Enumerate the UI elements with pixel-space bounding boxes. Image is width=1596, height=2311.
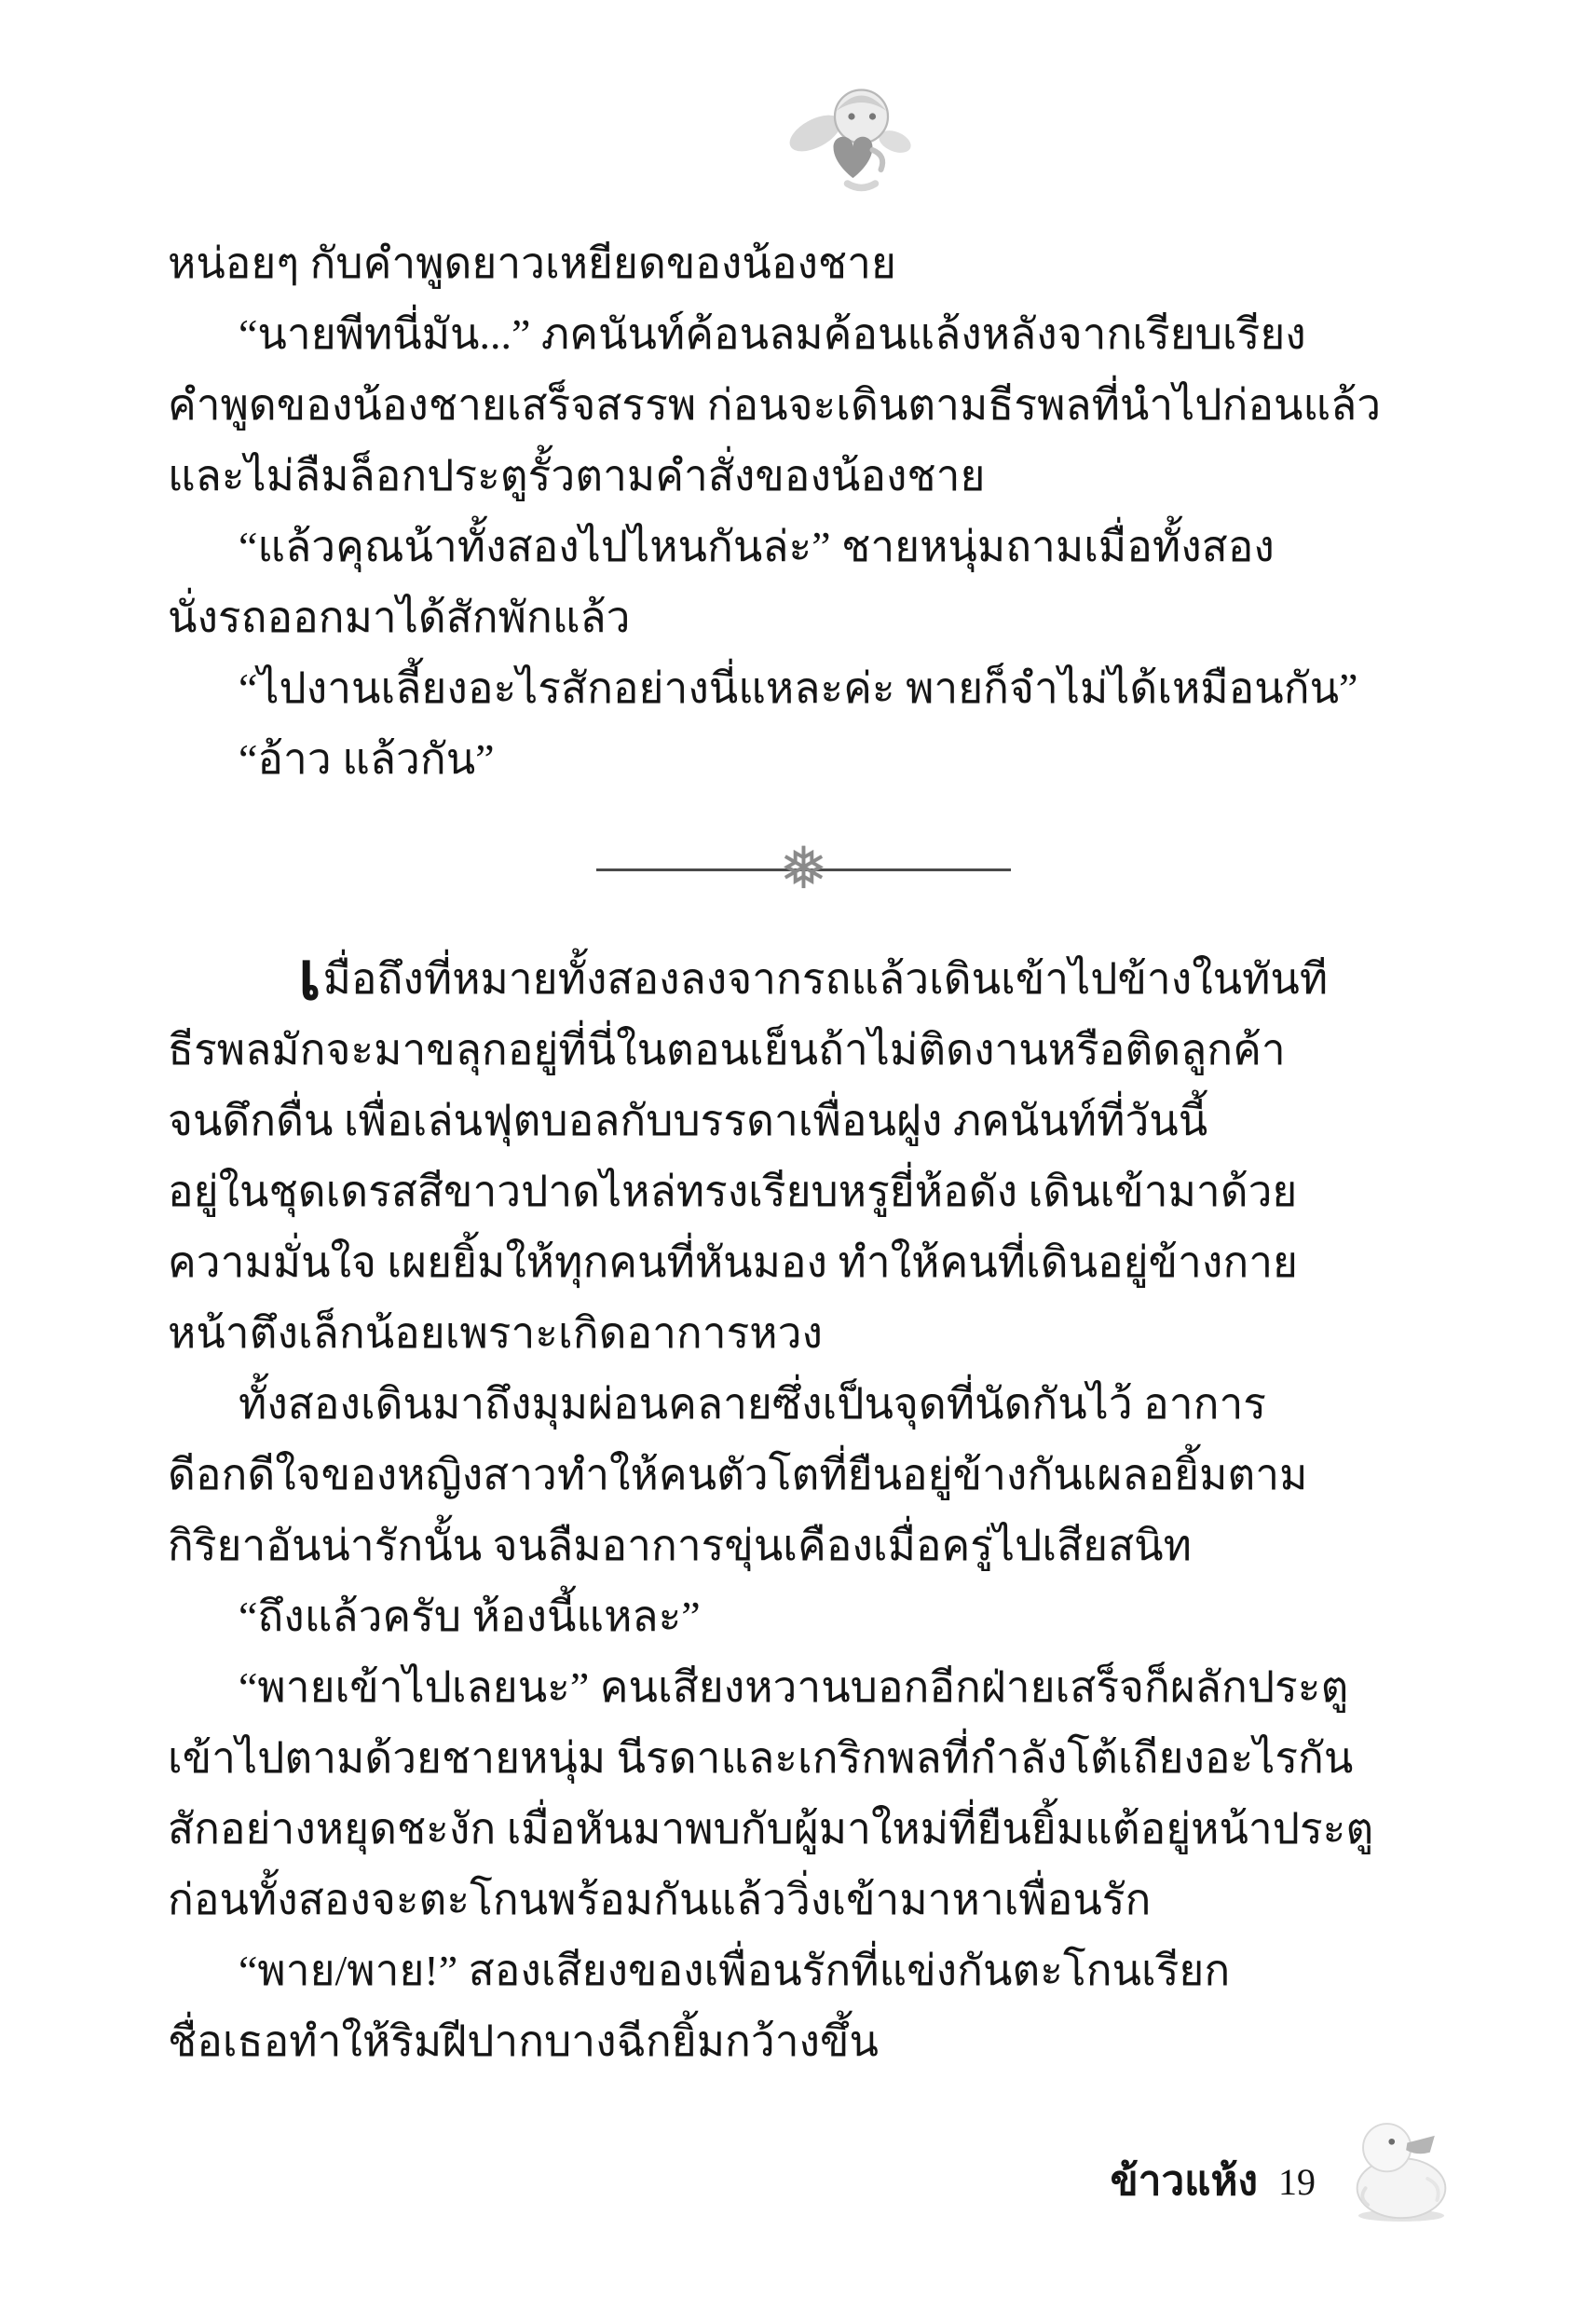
- body-text: หน่อยๆ กับคำพูดยาวเหยียดของน้องชาย “นายพ…: [168, 228, 1439, 2077]
- divider-line: ❅: [596, 868, 1011, 871]
- text-line: กิริยาอันน่ารักนั้น จนลืมอาการขุ่นเคืองเ…: [168, 1511, 1439, 1581]
- text-line: จนดึกดื่น เพื่อเล่นฟุตบอลกับบรรดาเพื่อนฝ…: [168, 1086, 1439, 1156]
- text-line: อยู่ในชุดเดรสสีขาวปาดไหล่ทรงเรียบหรูยี่ห…: [168, 1156, 1439, 1227]
- text-line-rest: มื่อถึงที่หมายทั้งสองลงจากรถแล้วเดินเข้า…: [323, 955, 1329, 1003]
- text-line: ธีรพลมักจะมาขลุกอยู่ที่นี่ในตอนเย็นถ้าไม…: [168, 1015, 1439, 1086]
- cherub-heart-icon: [778, 75, 922, 200]
- text-line: ความมั่นใจ เผยยิ้มให้ทุกคนที่หันมอง ทำให…: [168, 1227, 1439, 1298]
- section-dropcap: เ: [298, 939, 321, 1014]
- text-line: คำพูดของน้องชายเสร็จสรรพ ก่อนจะเดินตามธี…: [168, 370, 1439, 441]
- text-line: หน้าตึงเล็กน้อยเพราะเกิดอาการหวง: [168, 1298, 1439, 1369]
- text-line: และไม่ลืมล็อกประตูรั้วตามคำสั่งของน้องชา…: [168, 441, 1439, 512]
- text-line: “พายเข้าไปเลยนะ” คนเสียงหวานบอกอีกฝ่ายเส…: [168, 1652, 1439, 1723]
- book-title: ข้าวแห้ง: [1111, 2158, 1258, 2204]
- text-line: เข้าไปตามด้วยชายหนุ่ม นีรดาและเกริกพลที่…: [168, 1723, 1439, 1794]
- text-line: ดีอกดีใจของหญิงสาวทำให้คนตัวโตที่ยืนอยู่…: [168, 1440, 1439, 1511]
- text-line: ทั้งสองเดินมาถึงมุมผ่อนคลายซึ่งเป็นจุดที…: [168, 1369, 1439, 1440]
- text-line: ก่อนทั้งสองจะตะโกนพร้อมกันแล้ววิ่งเข้ามา…: [168, 1865, 1439, 1935]
- text-line: “พาย/พาย!” สองเสียงของเพื่อนรักที่แข่งกั…: [168, 1935, 1439, 2006]
- page-number: 19: [1278, 2161, 1316, 2203]
- text-line: “ไปงานเลี้ยงอะไรสักอย่างนี่แหละค่ะ พายก็…: [168, 653, 1439, 724]
- snowflake-icon: ❅: [780, 841, 828, 898]
- text-line: “อ้าว แล้วกัน”: [168, 724, 1439, 795]
- text-line: เมื่อถึงที่หมายทั้งสองลงจากรถแล้วเดินเข้…: [168, 944, 1439, 1015]
- text-line: นั่งรถออกมาได้สักพักแล้ว: [168, 582, 1439, 653]
- text-line: “แล้วคุณน้าทั้งสองไปไหนกันล่ะ” ชายหนุ่มถ…: [168, 512, 1439, 582]
- section-divider: ❅: [168, 795, 1439, 944]
- text-line: “ถึงแล้วครับ ห้องนี้แหละ”: [168, 1581, 1439, 1652]
- page-footer: ข้าวแห้ง19: [0, 2148, 1316, 2213]
- book-page: หน่อยๆ กับคำพูดยาวเหยียดของน้องชาย “นายพ…: [0, 0, 1596, 2311]
- duck-illustration: [1342, 2113, 1461, 2227]
- text-line: หน่อยๆ กับคำพูดยาวเหยียดของน้องชาย: [168, 228, 1439, 299]
- text-line: สักอย่างหยุดชะงัก เมื่อหันมาพบกับผู้มาให…: [168, 1794, 1439, 1865]
- text-line: “นายพีทนี่มัน...” ภคนันท์ค้อนลมค้อนแล้งห…: [168, 299, 1439, 370]
- rubber-duck-icon: [1342, 2113, 1461, 2227]
- text-line: ชื่อเธอทำให้ริมฝีปากบางฉีกยิ้มกว้างขึ้น: [168, 2006, 1439, 2077]
- cherub-illustration: [778, 75, 922, 200]
